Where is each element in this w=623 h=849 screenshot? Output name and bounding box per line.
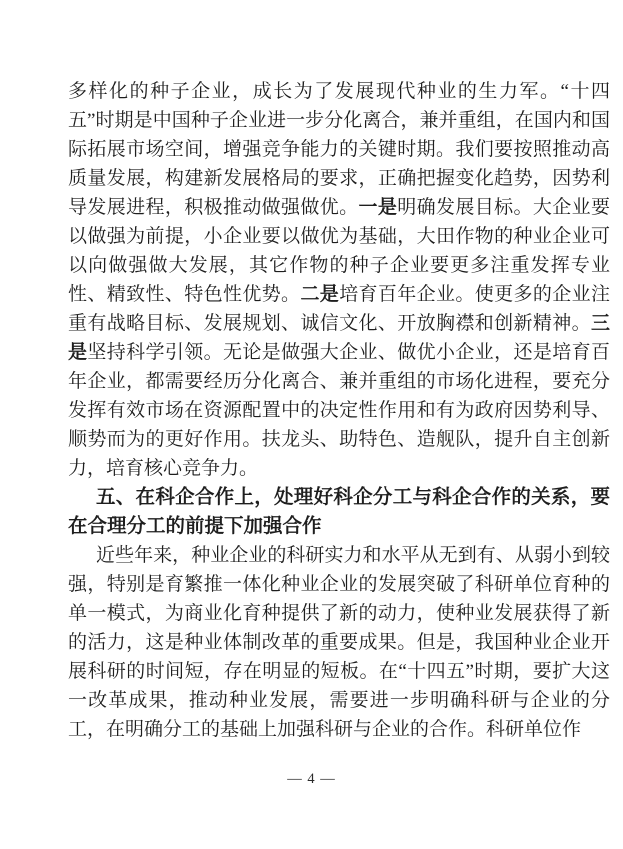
page-body: 多样化的种子企业，成长为了发展现代种业的生力军。“十四五”时期是中国种子企业进一… [68, 77, 610, 744]
document-page: 多样化的种子企业，成长为了发展现代种业的生力军。“十四五”时期是中国种子企业进一… [0, 0, 623, 849]
body-paragraph-2: 近些年来，种业企业的科研实力和水平从无到有、从弱小到较强，特别是育繁推一体化种业… [68, 541, 610, 744]
text-run: 坚持科学引领。无论是做强大企业、做优小企业，还是培育百年企业，都需要经历分化离合… [68, 342, 610, 479]
section-heading: 五、在科企合作上，处理好科企分工与科企合作的关系，要在合理分工的前提下加强合作 [68, 483, 610, 541]
emphasis-run-yishi: 一是 [359, 197, 398, 218]
body-paragraph-1: 多样化的种子企业，成长为了发展现代种业的生力军。“十四五”时期是中国种子企业进一… [68, 77, 610, 483]
page-footer: — 4 — [0, 770, 623, 788]
page-number: — 4 — [287, 771, 336, 787]
emphasis-run-ershi: 二是 [300, 284, 339, 305]
